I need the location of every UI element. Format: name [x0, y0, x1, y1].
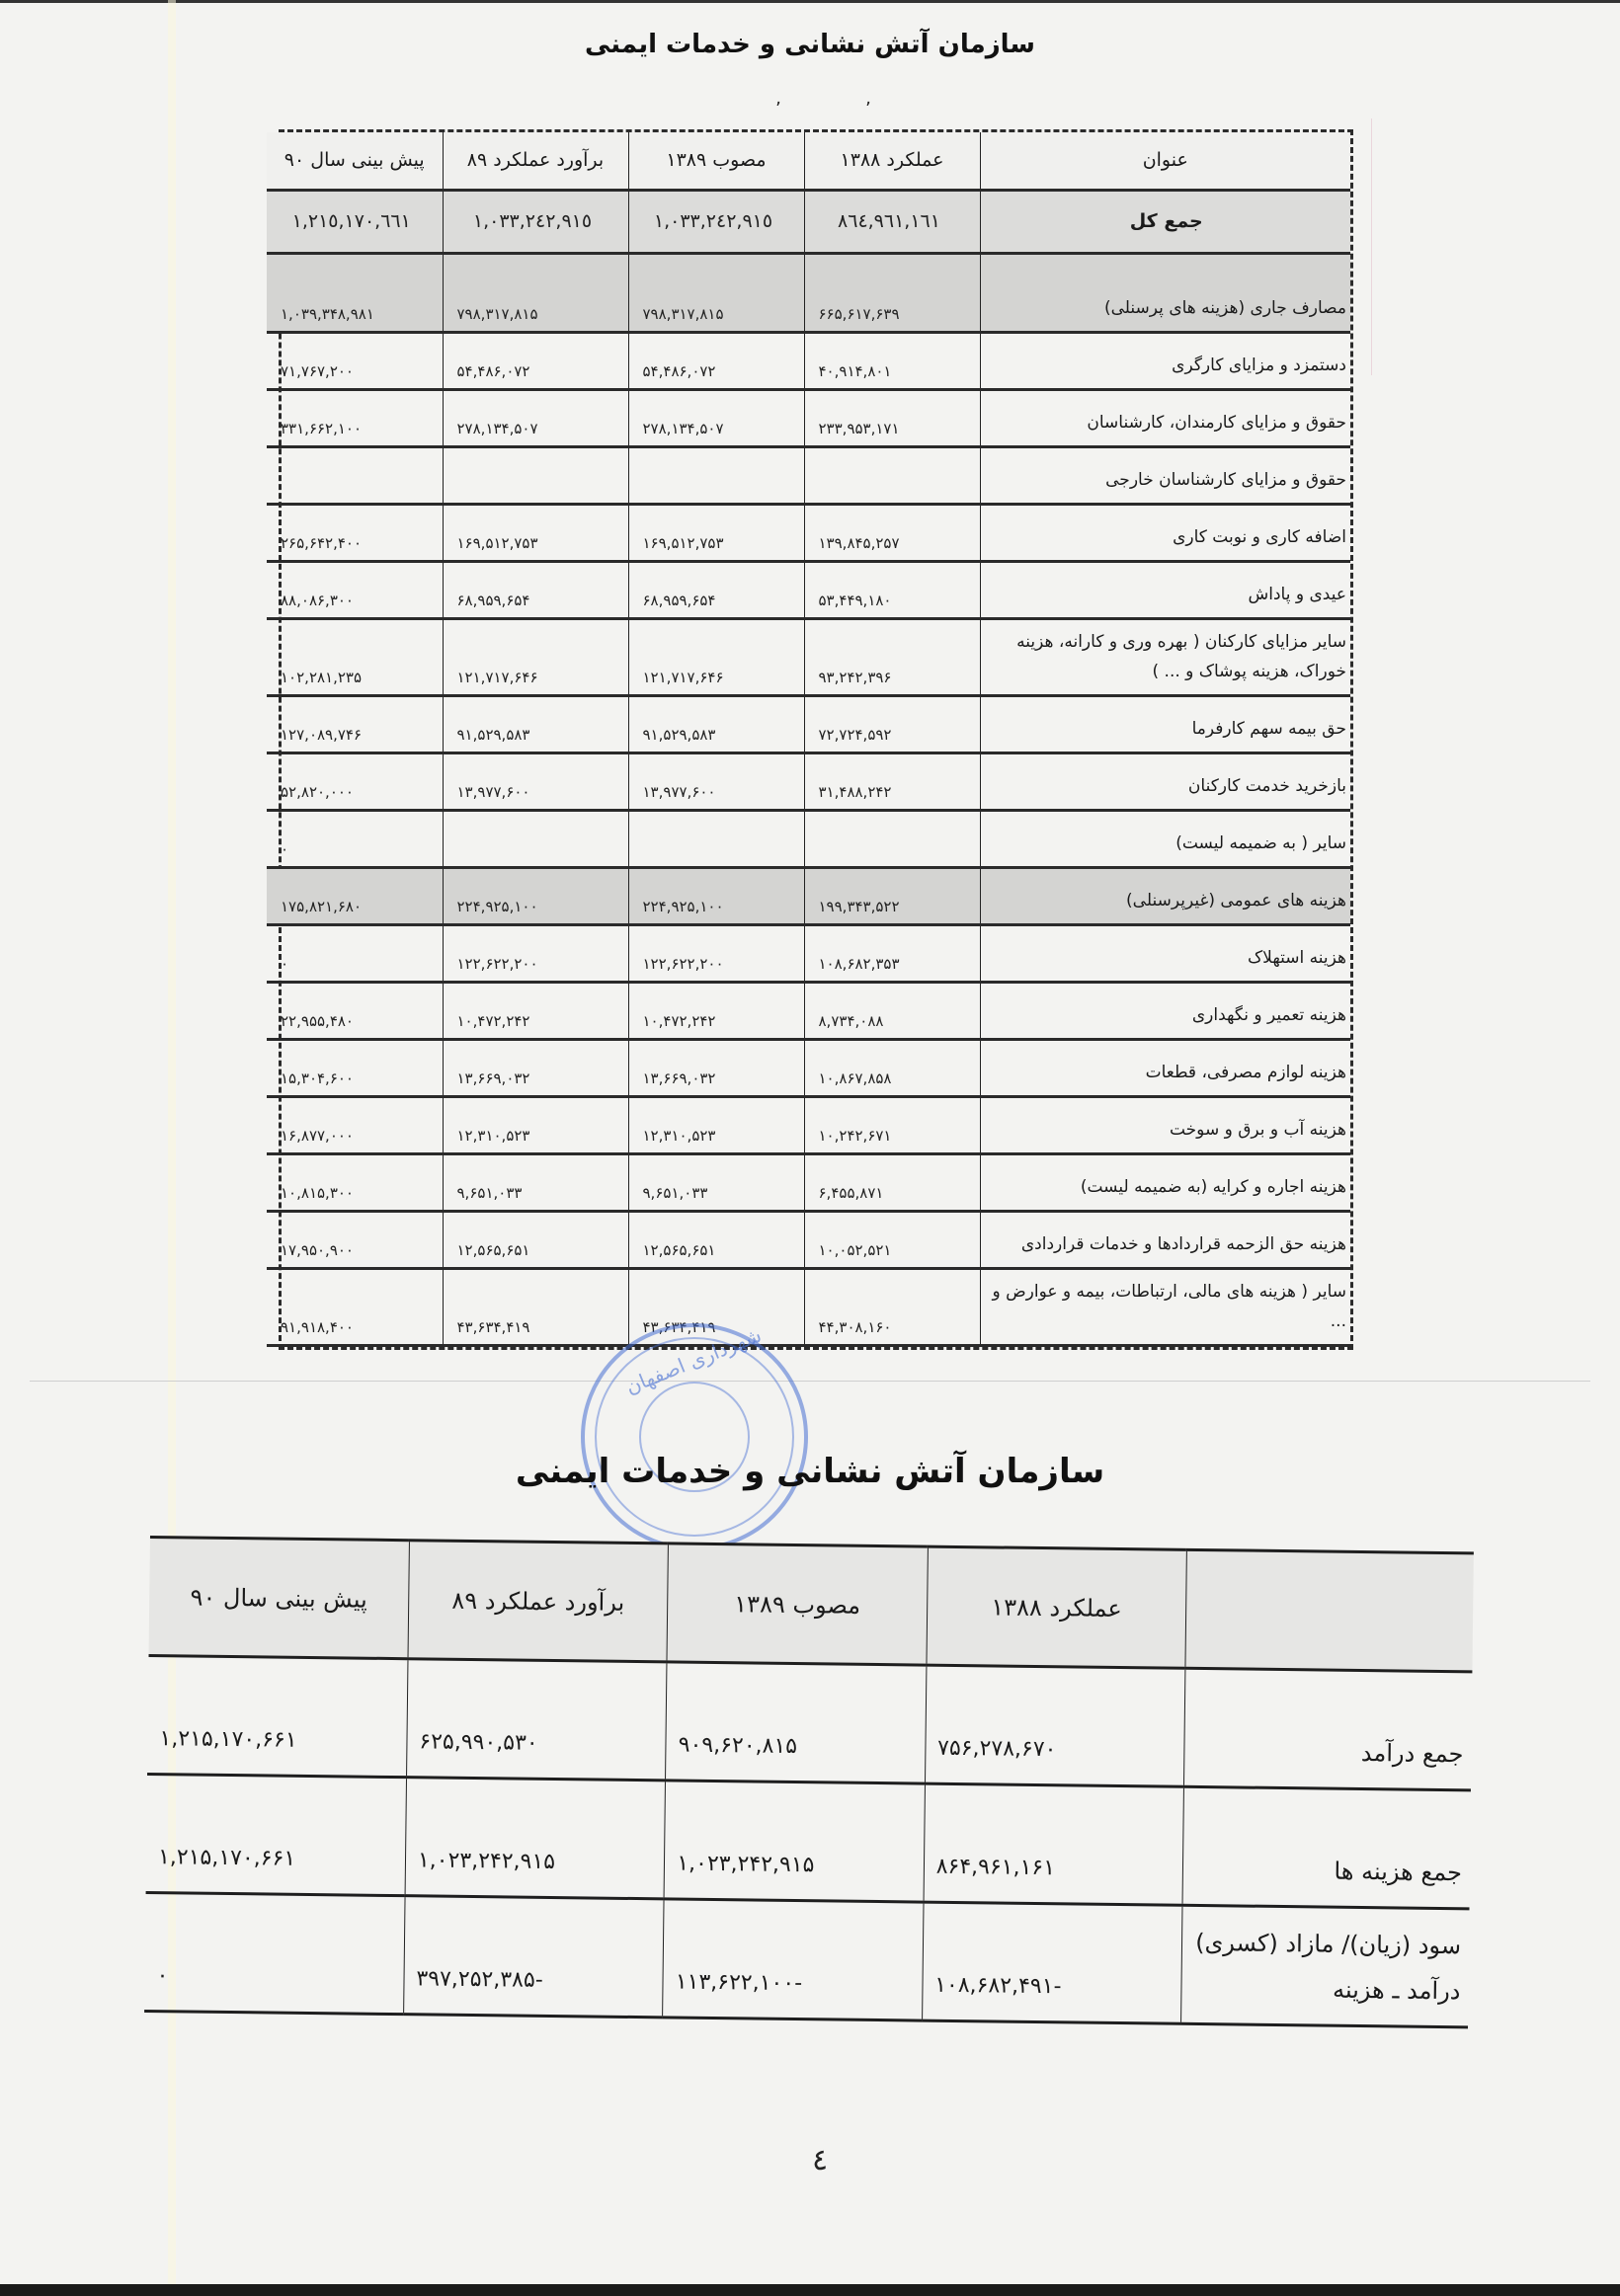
summary-header-estimate-89: برآورد عملکرد ۸۹ [408, 1541, 669, 1662]
table-row: حقوق و مزایای کارشناسان خارجی [267, 446, 1350, 504]
summary-cell-actual-1388: ۸۶۴,۹۶۱,۱۶۱ [924, 1783, 1184, 1905]
total-label: جمع کل [980, 190, 1350, 253]
row-label: عیدی و پاداش [980, 561, 1350, 618]
cell-estimate-89 [443, 446, 628, 504]
cell-actual-1388: ۷۲,۷۲۴,۵۹۲ [804, 695, 980, 752]
cell-actual-1388: ۳۱,۴۸۸,۲۴۲ [804, 752, 980, 810]
tick-mark: ٬ [775, 99, 781, 119]
cell-approved-1389: ۷۹۸,۳۱۷,۸۱۵ [628, 253, 804, 332]
cell-estimate-89: ۹,۶۵۱,۰۳۳ [443, 1153, 628, 1211]
scan-artifact-line [30, 1381, 1590, 1382]
summary-row-label: سود (زیان)/ مازاد (کسری) درآمد ـ هزینه [1181, 1905, 1470, 2027]
summary-cell-actual-1388: -۱۰۸,۶۸۲,۴۹۱ [922, 1902, 1182, 2023]
table-row: هزینه تعمیر و نگهداری۸,۷۳۴,۰۸۸۱۰,۴۷۲,۲۴۲… [267, 982, 1350, 1039]
cell-actual-1388: ۲۳۳,۹۵۳,۱۷۱ [804, 389, 980, 446]
cell-forecast-90: ۱۷۵,۸۲۱,۶۸۰ [267, 867, 443, 924]
total-approved-1389: ١,٠٣٣,٢٤٢,٩١٥ [628, 190, 804, 253]
summary-cell-actual-1388: ۷۵۶,۲۷۸,۶۷۰ [925, 1665, 1185, 1786]
total-actual-1388: ٨٦٤,٩٦١,١٦١ [804, 190, 980, 253]
cell-forecast-90: ۰ [267, 924, 443, 982]
cell-approved-1389: ۲۲۴,۹۲۵,۱۰۰ [628, 867, 804, 924]
cell-forecast-90: ۲۲,۹۵۵,۴۸۰ [267, 982, 443, 1039]
table-row: هزینه های عمومی (غیرپرسنلی)۱۹۹,۳۴۳,۵۲۲۲۲… [267, 867, 1350, 924]
page-title-top: سازمان آتش نشانی و خدمات ایمنی [0, 30, 1620, 59]
summary-table-header: عملکرد ۱۳۸۸ مصوب ۱۳۸۹ برآورد عملکرد ۸۹ پ… [149, 1537, 1474, 1671]
cell-estimate-89: ۱۲۱,۷۱۷,۶۴۶ [443, 618, 628, 695]
summary-header-title [1185, 1549, 1474, 1672]
cell-estimate-89: ۱۳,۶۶۹,۰۳۲ [443, 1039, 628, 1096]
table-row: دستمزد و مزایای کارگری۴۰,۹۱۴,۸۰۱۵۴,۴۸۶,۰… [267, 332, 1350, 389]
cell-forecast-90: ۵۲,۸۲۰,۰۰۰ [267, 752, 443, 810]
cell-approved-1389: ۱۳,۹۷۷,۶۰۰ [628, 752, 804, 810]
cell-estimate-89: ۶۸,۹۵۹,۶۵۴ [443, 561, 628, 618]
header-forecast-90: پیش بینی سال ۹۰ [267, 132, 443, 190]
row-label: اضافه کاری و نوبت کاری [980, 504, 1350, 561]
cell-estimate-89 [443, 810, 628, 867]
cell-estimate-89: ۱۲۲,۶۲۲,۲۰۰ [443, 924, 628, 982]
cell-forecast-90: ۱۲۷,۰۸۹,۷۴۶ [267, 695, 443, 752]
cell-approved-1389: ۵۴,۴۸۶,۰۷۲ [628, 332, 804, 389]
cell-approved-1389: ۴۳,۶۳۴,۴۱۹ [628, 1268, 804, 1345]
total-estimate-89: ١,٠٣٣,٢٤٢,٩١٥ [443, 190, 628, 253]
cell-forecast-90: ۱۵,۳۰۴,۶۰۰ [267, 1039, 443, 1096]
summary-cell-estimate-89: ۱,۰۲۳,۲۴۲,۹۱۵ [405, 1778, 666, 1899]
cell-approved-1389: ۶۸,۹۵۹,۶۵۴ [628, 561, 804, 618]
cell-actual-1388: ۱۳۹,۸۴۵,۲۵۷ [804, 504, 980, 561]
cell-actual-1388: ۶۶۵,۶۱۷,۶۳۹ [804, 253, 980, 332]
summary-cell-approved-1389: ۱,۰۲۳,۲۴۲,۹۱۵ [664, 1781, 925, 1902]
scanned-page: سازمان آتش نشانی و خدمات ایمنی ٬ ٬ عنوان… [0, 0, 1620, 2296]
cell-actual-1388 [804, 446, 980, 504]
header-actual-1388: عملکرد ۱۳۸۸ [804, 132, 980, 190]
scan-top-edge [0, 0, 1620, 3]
cell-approved-1389: ۲۷۸,۱۳۴,۵۰۷ [628, 389, 804, 446]
row-label: هزینه لوازم مصرفی، قطعات [980, 1039, 1350, 1096]
total-row: جمع کل ٨٦٤,٩٦١,١٦١ ١,٠٣٣,٢٤٢,٩١٥ ١,٠٣٣,٢… [267, 190, 1350, 253]
page-number: ٤ [812, 2143, 828, 2177]
table-row: مصارف جاری (هزینه های پرسنلی)۶۶۵,۶۱۷,۶۳۹… [267, 253, 1350, 332]
row-label: مصارف جاری (هزینه های پرسنلی) [980, 253, 1350, 332]
cell-forecast-90: ۱,۰۳۹,۳۴۸,۹۸۱ [267, 253, 443, 332]
cell-estimate-89: ۲۲۴,۹۲۵,۱۰۰ [443, 867, 628, 924]
cell-estimate-89: ۹۱,۵۲۹,۵۸۳ [443, 695, 628, 752]
table-row: سایر ( هزینه های مالی، ارتباطات، بیمه و … [267, 1268, 1350, 1345]
row-label: سایر ( هزینه های مالی، ارتباطات، بیمه و … [980, 1268, 1350, 1345]
cell-approved-1389: ۱۶۹,۵۱۲,۷۵۳ [628, 504, 804, 561]
cell-estimate-89: ۵۴,۴۸۶,۰۷۲ [443, 332, 628, 389]
summary-row: سود (زیان)/ مازاد (کسری) درآمد ـ هزینه-۱… [144, 1892, 1469, 2026]
table-row: بازخرید خدمت کارکنان۳۱,۴۸۸,۲۴۲۱۳,۹۷۷,۶۰۰… [267, 752, 1350, 810]
cell-forecast-90: ۱۶,۸۷۷,۰۰۰ [267, 1096, 443, 1153]
summary-cell-forecast-90: ۱,۲۱۵,۱۷۰,۶۶۱ [146, 1774, 407, 1895]
cell-approved-1389: ۱۲۲,۶۲۲,۲۰۰ [628, 924, 804, 982]
summary-cell-estimate-89: ۶۲۵,۹۹۰,۵۳۰ [406, 1659, 667, 1781]
cell-forecast-90 [267, 446, 443, 504]
row-label: دستمزد و مزایای کارگری [980, 332, 1350, 389]
cell-approved-1389: ۱۰,۴۷۲,۲۴۲ [628, 982, 804, 1039]
cell-estimate-89: ۲۷۸,۱۳۴,۵۰۷ [443, 389, 628, 446]
cell-forecast-90: ۲۶۵,۶۴۲,۴۰۰ [267, 504, 443, 561]
summary-cell-approved-1389: -۱۱۳,۶۲۲,۱۰۰ [663, 1899, 924, 2020]
cell-actual-1388: ۸,۷۳۴,۰۸۸ [804, 982, 980, 1039]
cell-actual-1388: ۱۰,۲۴۲,۶۷۱ [804, 1096, 980, 1153]
cell-estimate-89: ۴۳,۶۳۴,۴۱۹ [443, 1268, 628, 1345]
cell-forecast-90: ۱۷,۹۵۰,۹۰۰ [267, 1211, 443, 1268]
cell-estimate-89: ۱۳,۹۷۷,۶۰۰ [443, 752, 628, 810]
header-approved-1389: مصوب ۱۳۸۹ [628, 132, 804, 190]
summary-table: عملکرد ۱۳۸۸ مصوب ۱۳۸۹ برآورد عملکرد ۸۹ پ… [144, 1536, 1474, 2028]
cell-forecast-90: ۸۸,۰۸۶,۳۰۰ [267, 561, 443, 618]
header-title: عنوان [980, 132, 1350, 190]
row-label: هزینه های عمومی (غیرپرسنلی) [980, 867, 1350, 924]
table-row: هزینه اجاره و کرایه (به ضمیمه لیست)۶,۴۵۵… [267, 1153, 1350, 1211]
row-label: حقوق و مزایای کارمندان، کارشناسان [980, 389, 1350, 446]
cell-approved-1389: ۱۳,۶۶۹,۰۳۲ [628, 1039, 804, 1096]
cell-actual-1388: ۹۳,۲۴۲,۳۹۶ [804, 618, 980, 695]
margin-line [1371, 119, 1372, 375]
cell-approved-1389: ۱۲,۳۱۰,۵۲۳ [628, 1096, 804, 1153]
row-label: سایر مزایای کارکنان ( بهره وری و کارانه،… [980, 618, 1350, 695]
row-label: سایر ( به ضمیمه لیست) [980, 810, 1350, 867]
row-label: بازخرید خدمت کارکنان [980, 752, 1350, 810]
cell-approved-1389 [628, 810, 804, 867]
page-title-bottom: سازمان آتش نشانی و خدمات ایمنی [0, 1452, 1620, 1491]
header-estimate-89: برآورد عملکرد ۸۹ [443, 132, 628, 190]
table-row: هزینه آب و برق و سوخت۱۰,۲۴۲,۶۷۱۱۲,۳۱۰,۵۲… [267, 1096, 1350, 1153]
table-row: سایر ( به ضمیمه لیست)۰ [267, 810, 1350, 867]
summary-header-forecast-90: پیش بینی سال ۹۰ [149, 1537, 410, 1658]
summary-row-label: جمع هزینه ها [1182, 1786, 1471, 1909]
table-row: هزینه لوازم مصرفی، قطعات۱۰,۸۶۷,۸۵۸۱۳,۶۶۹… [267, 1039, 1350, 1096]
cell-forecast-90: ۱۰۲,۲۸۱,۲۳۵ [267, 618, 443, 695]
summary-row-label: جمع درآمد [1184, 1668, 1473, 1790]
cell-forecast-90: ۱۰,۸۱۵,۳۰۰ [267, 1153, 443, 1211]
cell-forecast-90: ۰ [267, 810, 443, 867]
cell-estimate-89: ۱۶۹,۵۱۲,۷۵۳ [443, 504, 628, 561]
summary-header-approved-1389: مصوب ۱۳۸۹ [667, 1544, 928, 1665]
row-label: حق بیمه سهم کارفرما [980, 695, 1350, 752]
cell-approved-1389: ۹۱,۵۲۹,۵۸۳ [628, 695, 804, 752]
cell-forecast-90: ۷۱,۷۶۷,۲۰۰ [267, 332, 443, 389]
row-label: حقوق و مزایای کارشناسان خارجی [980, 446, 1350, 504]
summary-header-actual-1388: عملکرد ۱۳۸۸ [927, 1546, 1187, 1668]
cell-actual-1388: ۱۰,۸۶۷,۸۵۸ [804, 1039, 980, 1096]
official-stamp: شهرداری اصفهان [581, 1323, 808, 1550]
tick-mark: ٬ [865, 99, 871, 119]
total-forecast-90: ١,٢١٥,١٧٠,٦٦١ [267, 190, 443, 253]
cell-actual-1388: ۵۳,۴۴۹,۱۸۰ [804, 561, 980, 618]
summary-cell-forecast-90: ۰ [144, 1892, 405, 2014]
scan-bottom-edge [0, 2284, 1620, 2296]
cell-estimate-89: ۷۹۸,۳۱۷,۸۱۵ [443, 253, 628, 332]
cell-actual-1388: ۶,۴۵۵,۸۷۱ [804, 1153, 980, 1211]
summary-row: جمع درآمد۷۵۶,۲۷۸,۶۷۰۹۰۹,۶۲۰,۸۱۵۶۲۵,۹۹۰,۵… [147, 1655, 1472, 1789]
row-label: هزینه استهلاک [980, 924, 1350, 982]
row-label: هزینه تعمیر و نگهداری [980, 982, 1350, 1039]
table-row: هزینه استهلاک۱۰۸,۶۸۲,۳۵۳۱۲۲,۶۲۲,۲۰۰۱۲۲,۶… [267, 924, 1350, 982]
row-label: هزینه اجاره و کرایه (به ضمیمه لیست) [980, 1153, 1350, 1211]
table-row: هزینه حق الزحمه قراردادها و خدمات قراردا… [267, 1211, 1350, 1268]
expense-table-header: عنوان عملکرد ۱۳۸۸ مصوب ۱۳۸۹ برآورد عملکر… [267, 132, 1350, 190]
cell-approved-1389: ۹,۶۵۱,۰۳۳ [628, 1153, 804, 1211]
cell-approved-1389 [628, 446, 804, 504]
cell-actual-1388: ۱۰,۰۵۲,۵۲۱ [804, 1211, 980, 1268]
cell-approved-1389: ۱۲۱,۷۱۷,۶۴۶ [628, 618, 804, 695]
expense-table: عنوان عملکرد ۱۳۸۸ مصوب ۱۳۸۹ برآورد عملکر… [279, 129, 1353, 1350]
cell-actual-1388: ۴۰,۹۱۴,۸۰۱ [804, 332, 980, 389]
row-label: هزینه حق الزحمه قراردادها و خدمات قراردا… [980, 1211, 1350, 1268]
cell-estimate-89: ۱۰,۴۷۲,۲۴۲ [443, 982, 628, 1039]
summary-cell-approved-1389: ۹۰۹,۶۲۰,۸۱۵ [666, 1662, 927, 1783]
cell-actual-1388: ۱۹۹,۳۴۳,۵۲۲ [804, 867, 980, 924]
table-row: حقوق و مزایای کارمندان، کارشناسان۲۳۳,۹۵۳… [267, 389, 1350, 446]
table-row: سایر مزایای کارکنان ( بهره وری و کارانه،… [267, 618, 1350, 695]
table-row: حق بیمه سهم کارفرما۷۲,۷۲۴,۵۹۲۹۱,۵۲۹,۵۸۳۹… [267, 695, 1350, 752]
cell-approved-1389: ۱۲,۵۶۵,۶۵۱ [628, 1211, 804, 1268]
cell-actual-1388: ۴۴,۳۰۸,۱۶۰ [804, 1268, 980, 1345]
table-row: اضافه کاری و نوبت کاری۱۳۹,۸۴۵,۲۵۷۱۶۹,۵۱۲… [267, 504, 1350, 561]
summary-cell-estimate-89: -۳۹۷,۲۵۲,۳۸۵ [404, 1896, 665, 2018]
cell-estimate-89: ۱۲,۵۶۵,۶۵۱ [443, 1211, 628, 1268]
cell-forecast-90: ۹۱,۹۱۸,۴۰۰ [267, 1268, 443, 1345]
summary-row: جمع هزینه ها۸۶۴,۹۶۱,۱۶۱۱,۰۲۳,۲۴۲,۹۱۵۱,۰۲… [146, 1774, 1471, 1908]
cell-estimate-89: ۱۲,۳۱۰,۵۲۳ [443, 1096, 628, 1153]
cell-forecast-90: ۳۳۱,۶۶۲,۱۰۰ [267, 389, 443, 446]
table-row: عیدی و پاداش۵۳,۴۴۹,۱۸۰۶۸,۹۵۹,۶۵۴۶۸,۹۵۹,۶… [267, 561, 1350, 618]
cell-actual-1388 [804, 810, 980, 867]
summary-cell-forecast-90: ۱,۲۱۵,۱۷۰,۶۶۱ [147, 1655, 408, 1777]
cell-actual-1388: ۱۰۸,۶۸۲,۳۵۳ [804, 924, 980, 982]
row-label: هزینه آب و برق و سوخت [980, 1096, 1350, 1153]
